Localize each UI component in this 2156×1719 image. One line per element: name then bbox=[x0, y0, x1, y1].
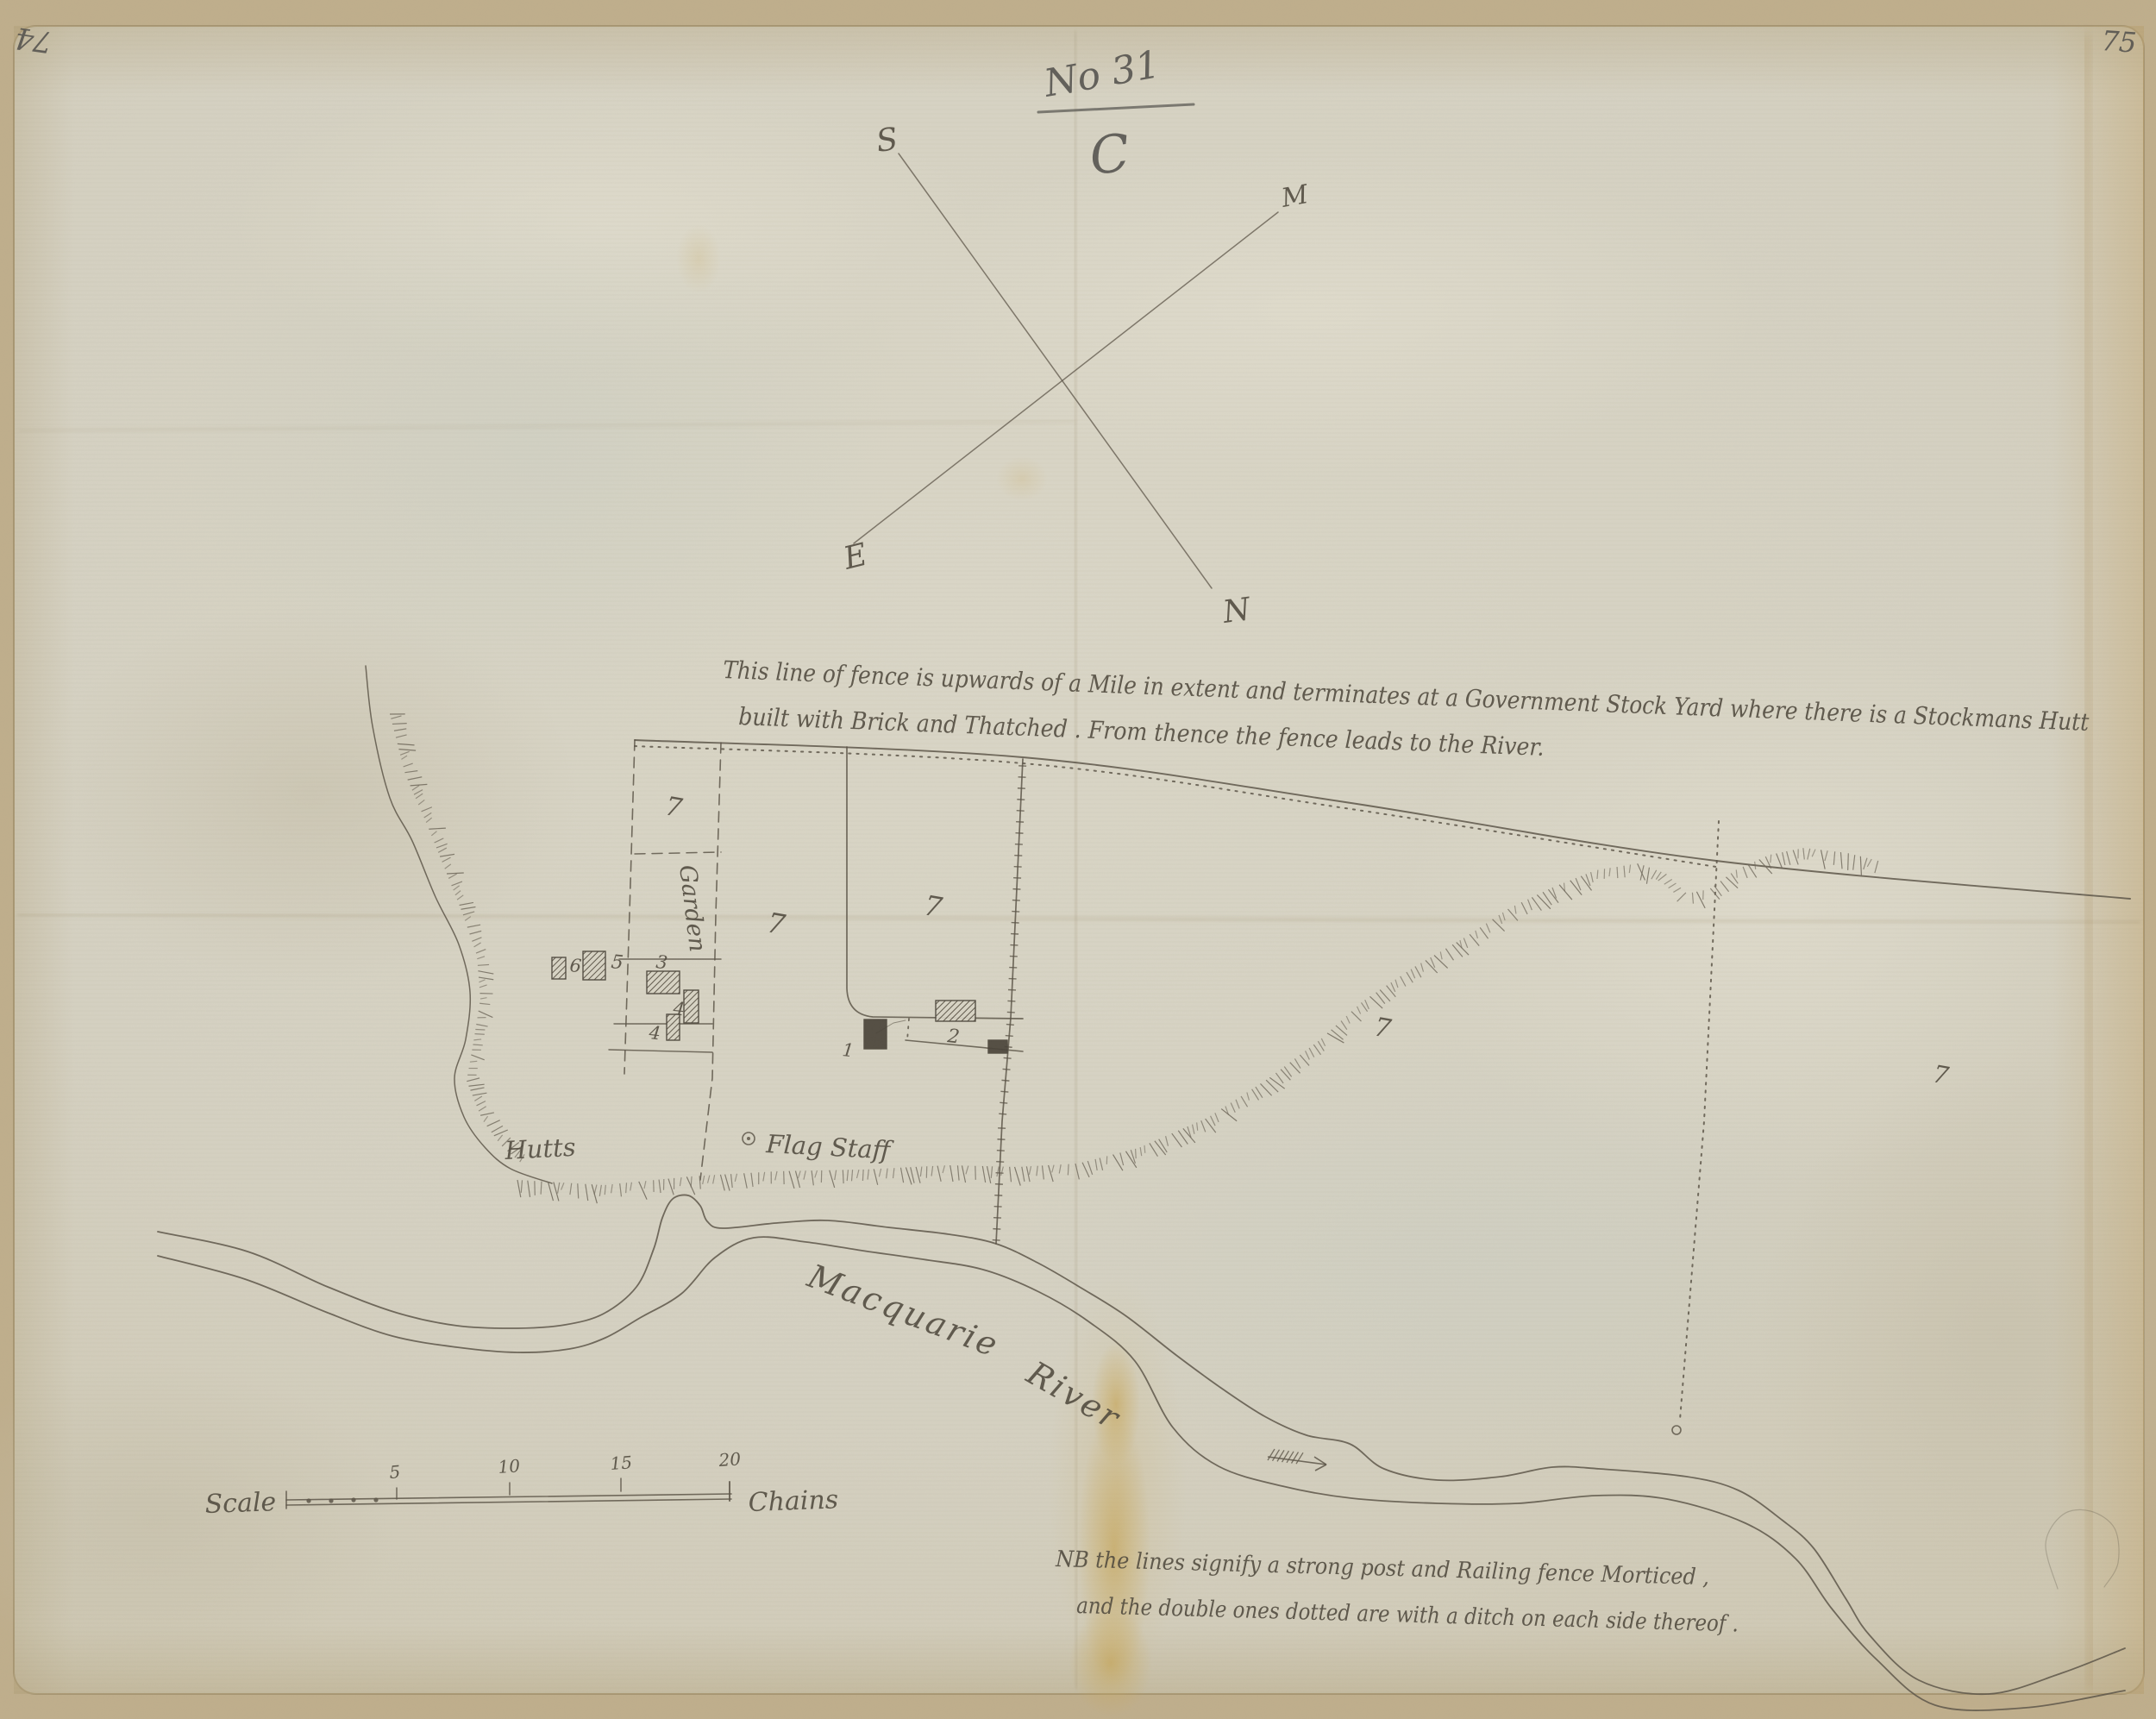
survey-map-canvas: 7475No 31CSMENThis line of fence is upwa… bbox=[0, 0, 2156, 1719]
paper-grain-overlay bbox=[0, 0, 2156, 1719]
scanned-map-page: 7475No 31CSMENThis line of fence is upwa… bbox=[0, 0, 2156, 1719]
